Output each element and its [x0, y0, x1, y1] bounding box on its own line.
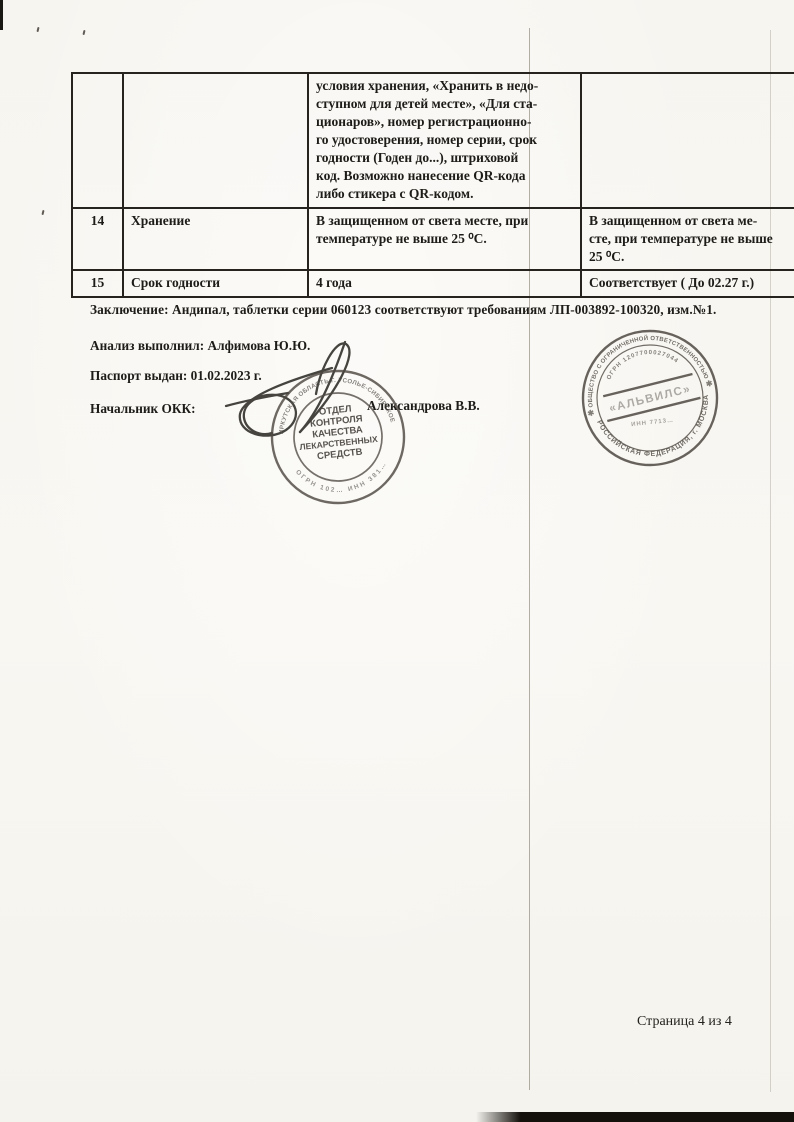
scan-bottom-band — [476, 1112, 794, 1122]
row-number-cell — [72, 73, 123, 208]
scan-speck — [41, 210, 44, 215]
scanned-qc-passport-page: условия хранения, «Хранить в недо- ступн… — [0, 0, 794, 1122]
result-cell: В защищенном от света ме- сте, при темпе… — [581, 208, 794, 270]
table-row-shelf-life: 15 Срок годности 4 года Соответствует ( … — [72, 270, 794, 297]
parameter-name-cell: Срок годности — [123, 270, 308, 297]
parameter-name-cell — [123, 73, 308, 208]
requirement-cell: В защищенном от света месте, при темпера… — [308, 208, 581, 270]
scan-speck — [82, 30, 85, 35]
stamp-star-right: ✱ — [705, 378, 714, 388]
scan-edge-mark — [0, 0, 3, 30]
requirement-cell: 4 года — [308, 270, 581, 297]
row-number-cell: 14 — [72, 208, 123, 270]
page-number: Страница 4 из 4 — [637, 1014, 732, 1030]
stamp-star-left: ✱ — [587, 408, 596, 418]
parameter-name-cell: Хранение — [123, 208, 308, 270]
company-stamp: ОБЩЕСТВО С ОГРАНИЧЕННОЙ ОТВЕТСТВЕННОСТЬЮ… — [570, 318, 730, 478]
table-row-storage: 14 Хранение В защищенном от света месте,… — [72, 208, 794, 270]
requirement-cell: условия хранения, «Хранить в недо- ступн… — [308, 73, 581, 208]
spec-table: условия хранения, «Хранить в недо- ступн… — [71, 72, 794, 298]
qc-department-stamp: ИРКУТСКАЯ ОБЛАСТЬ Г. УСОЛЬЕ-СИБИРСКОЕ ОГ… — [253, 352, 423, 522]
qc-head-label: Начальник ОКК: — [90, 401, 196, 417]
conclusion-line: Заключение: Андипал, таблетки серии 0601… — [90, 302, 716, 318]
result-cell: Соответствует ( До 02.27 г.) — [581, 270, 794, 297]
stamp-inn-text: ИНН 7713… — [631, 418, 674, 428]
result-cell — [581, 73, 794, 208]
scan-speck — [36, 27, 39, 32]
stamp-ring-text-bottom: ОГРН 102… ИНН 381… — [294, 459, 392, 498]
stamp-center-text: ОТДЕЛ КОНТРОЛЯ КАЧЕСТВА ЛЕКАРСТВЕННЫХ СР… — [296, 401, 380, 464]
table-row-continuation: условия хранения, «Хранить в недо- ступн… — [72, 73, 794, 208]
row-number-cell: 15 — [72, 270, 123, 297]
